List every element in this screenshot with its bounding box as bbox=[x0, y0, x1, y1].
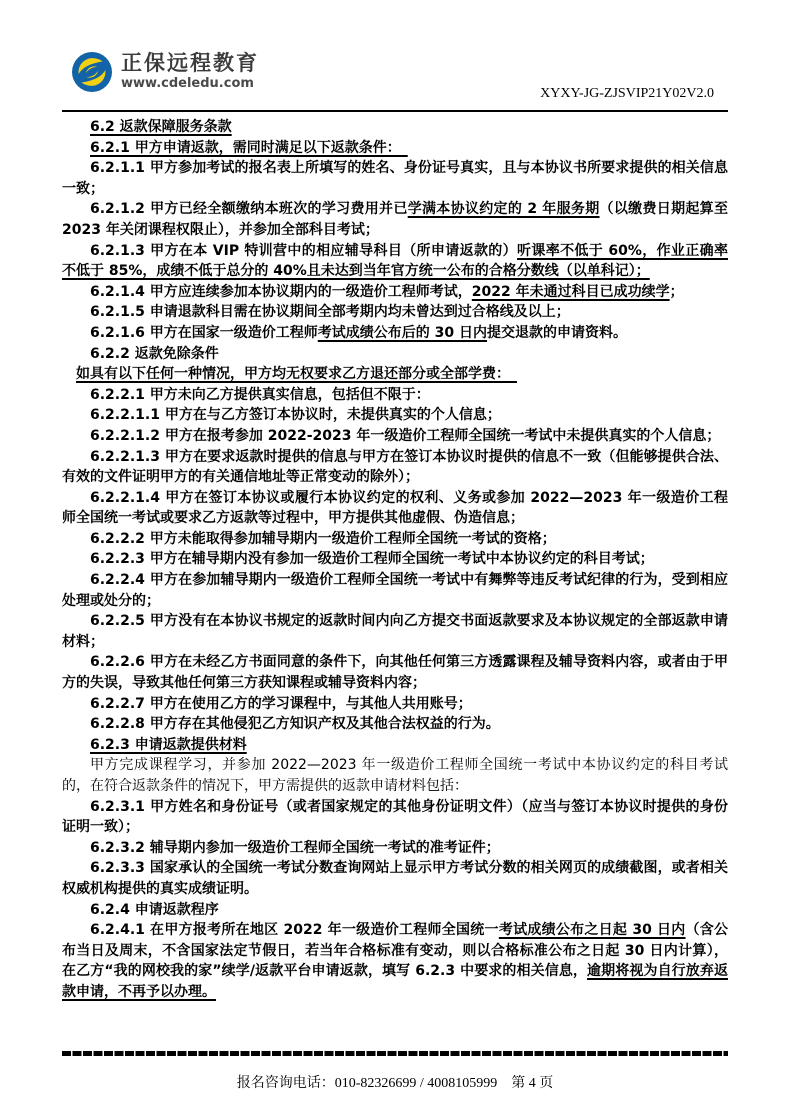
header-logo: 正保远程教育 www.cdeledu.com bbox=[72, 52, 259, 92]
document-body: 6.2 返款保障服务条款6.2.1 甲方申请返款，需同时满足以下返款条件： 6.… bbox=[62, 117, 728, 1003]
underlined-clause-text: 6.2 返款保障服务条款 bbox=[90, 119, 232, 135]
paragraph: 6.2.3.3 国家承认的全国统一考试分数查询网站上显示甲方考试分数的相关网页的… bbox=[62, 858, 728, 899]
underlined-clause-text: 6.2.1 甲方申请返款，需同时满足以下返款条件： bbox=[90, 140, 408, 156]
underlined-clause-text: 考试成绩公布之日起 30 日内 bbox=[499, 922, 686, 938]
underlined-clause-text: 学满本协议约定的 2 年服务期 bbox=[408, 201, 600, 217]
paragraph: 6.2.1.4 甲方应连续参加本协议期内的一级造价工程师考试，2022 年未通过… bbox=[62, 282, 728, 303]
footer-divider bbox=[62, 1051, 728, 1056]
paragraph: 6.2.2 返款免除条件 bbox=[62, 344, 728, 365]
paragraph: 6.2.2.5 甲方没有在本协议书规定的返款时间内向乙方提交书面返款要求及本协议… bbox=[62, 611, 728, 652]
paragraph: 6.2.1.5 申请退款科目需在协议期间全部考期内均未曾达到过合格线及以上； bbox=[62, 302, 728, 323]
clause-text: 6.2.2.5 甲方没有在本协议书规定的返款时间内向乙方提交书面返款要求及本协议… bbox=[62, 613, 728, 650]
clause-text: 6.2.1.3 甲方在本 VIP 特训营中的相应辅导科目（所申请返款的） bbox=[90, 243, 517, 259]
clause-text: 6.2.4 申请返款程序 bbox=[90, 902, 219, 918]
clause-text: 6.2.2.6 甲方在未经乙方书面同意的条件下，向其他任何第三方透露课程及辅导资… bbox=[62, 654, 728, 691]
clause-text: 6.2.2.1.1 甲方在与乙方签订本协议时，未提供真实的个人信息； bbox=[90, 407, 501, 423]
clause-text: 6.2.1.5 申请退款科目需在协议期间全部考期内均未曾达到过合格线及以上； bbox=[90, 304, 570, 320]
clause-text: 提交退款的申请资料。 bbox=[487, 325, 627, 341]
clause-text: 6.2.2.7 甲方在使用乙方的学习课程中，与其他人共用账号； bbox=[90, 696, 472, 712]
paragraph: 6.2.1.6 甲方在国家一级造价工程师考试成绩公布后的 30 日内提交退款的申… bbox=[62, 323, 728, 344]
clause-text: 6.2.2.3 甲方在辅导期内没有参加一级造价工程师全国统一考试中本协议约定的科… bbox=[90, 551, 654, 567]
clause-text: 6.2.3.3 国家承认的全国统一考试分数查询网站上显示甲方考试分数的相关网页的… bbox=[62, 860, 728, 897]
paragraph: 6.2.2.1.4 甲方在签订本协议或履行本协议约定的权利、义务或参加 2022… bbox=[62, 488, 728, 529]
footer-contact-text: 报名咨询电话：010-82326699 / 4008105999 第 4 页 bbox=[0, 1072, 790, 1092]
paragraph: 6.2.4 申请返款程序 bbox=[62, 900, 728, 921]
clause-text: 6.2.2.1.2 甲方在报考参加 2022-2023 年一级造价工程师全国统一… bbox=[90, 428, 720, 444]
clause-text: 6.2.2.4 甲方在参加辅导期内一级造价工程师全国统一考试中有舞弊等违反考试纪… bbox=[62, 572, 728, 609]
paragraph: 6.2.1 甲方申请返款，需同时满足以下返款条件： bbox=[62, 138, 728, 159]
paragraph: 6.2.2.8 甲方存在其他侵犯乙方知识产权及其他合法权益的行为。 bbox=[62, 714, 728, 735]
paragraph: 6.2.1.2 甲方已经全额缴纳本班次的学习费用并已学满本协议约定的 2 年服务… bbox=[62, 199, 728, 240]
document-code: XYXY-JG-ZJSVIP21Y02V2.0 bbox=[540, 86, 714, 102]
clause-text: 6.2.2.1.4 甲方在签订本协议或履行本协议约定的权利、义务或参加 2022… bbox=[62, 490, 728, 527]
paragraph: 6.2.4.1 在甲方报考所在地区 2022 年一级造价工程师全国统一考试成绩公… bbox=[62, 920, 728, 1002]
clause-text: 6.2.2.1 甲方未向乙方提供真实信息，包括但不限于： bbox=[90, 387, 430, 403]
underlined-clause-text: 考试成绩公布后的 30 日内 bbox=[318, 325, 487, 341]
paragraph: 6.2.2.1 甲方未向乙方提供真实信息，包括但不限于： bbox=[62, 385, 728, 406]
underlined-clause-text: 2022 年未通过科目已成功续学 bbox=[472, 284, 670, 300]
paragraph: 6.2.2.1.1 甲方在与乙方签订本协议时，未提供真实的个人信息； bbox=[62, 405, 728, 426]
underlined-clause-text: 6.2.3 申请返款提供材料 bbox=[90, 737, 247, 753]
paragraph: 6.2.1.3 甲方在本 VIP 特训营中的相应辅导科目（所申请返款的）听课率不… bbox=[62, 241, 728, 282]
clause-text: 6.2.1.6 甲方在国家一级造价工程师 bbox=[90, 325, 318, 341]
clause-text: 6.2.1.2 甲方已经全额缴纳本班次的学习费用并已 bbox=[90, 201, 408, 217]
header-divider bbox=[62, 110, 728, 112]
paragraph: 6.2.2.7 甲方在使用乙方的学习课程中，与其他人共用账号； bbox=[62, 694, 728, 715]
brand-url: www.cdeledu.com bbox=[121, 77, 259, 91]
paragraph: 6.2.2.1.3 甲方在要求返款时提供的信息与甲方在签订本协议时提供的信息不一… bbox=[62, 447, 728, 488]
paragraph: 甲方完成课程学习，并参加 2022—2023 年一级造价工程师全国统一考试中本协… bbox=[62, 755, 728, 796]
clause-text: 6.2.2 返款免除条件 bbox=[90, 346, 219, 362]
brand-name: 正保远程教育 bbox=[121, 52, 259, 75]
paragraph: 6.2.2.1.2 甲方在报考参加 2022-2023 年一级造价工程师全国统一… bbox=[62, 426, 728, 447]
paragraph: 6.2.2.4 甲方在参加辅导期内一级造价工程师全国统一考试中有舞弊等违反考试纪… bbox=[62, 570, 728, 611]
clause-text: 6.2.2.1.3 甲方在要求返款时提供的信息与甲方在签订本协议时提供的信息不一… bbox=[62, 449, 728, 486]
paragraph: 如具有以下任何一种情况，甲方均无权要求乙方退还部分或全部学费： bbox=[62, 364, 728, 385]
swirl-globe-icon bbox=[72, 52, 112, 92]
clause-text: 6.2.3.1 甲方姓名和身份证号（或者国家规定的其他身份证明文件）（应当与签订… bbox=[62, 799, 728, 836]
brand-block: 正保远程教育 www.cdeledu.com bbox=[121, 52, 259, 91]
clause-text: 6.2.1.1 甲方参加考试的报名表上所填写的姓名、身份证号真实，且与本协议书所… bbox=[62, 160, 728, 197]
paragraph: 6.2.3.2 辅导期内参加一级造价工程师全国统一考试的准考证件； bbox=[62, 838, 728, 859]
paragraph: 6.2 返款保障服务条款 bbox=[62, 117, 728, 138]
clause-text: 6.2.3.2 辅导期内参加一级造价工程师全国统一考试的准考证件； bbox=[90, 840, 500, 856]
paragraph: 6.2.3.1 甲方姓名和身份证号（或者国家规定的其他身份证明文件）（应当与签订… bbox=[62, 797, 728, 838]
paragraph: 6.2.3 申请返款提供材料 bbox=[62, 735, 728, 756]
clause-text: 6.2.2.2 甲方未能取得参加辅导期内一级造价工程师全国统一考试的资格； bbox=[90, 531, 556, 547]
clause-text: 甲方完成课程学习，并参加 2022—2023 年一级造价工程师全国统一考试中本协… bbox=[62, 757, 728, 794]
clause-text: 6.2.1.4 甲方应连续参加本协议期内的一级造价工程师考试， bbox=[90, 284, 472, 300]
paragraph: 6.2.2.2 甲方未能取得参加辅导期内一级造价工程师全国统一考试的资格； bbox=[62, 529, 728, 550]
paragraph: 6.2.2.6 甲方在未经乙方书面同意的条件下，向其他任何第三方透露课程及辅导资… bbox=[62, 652, 728, 693]
clause-text: ； bbox=[670, 284, 684, 300]
paragraph: 6.2.2.3 甲方在辅导期内没有参加一级造价工程师全国统一考试中本协议约定的科… bbox=[62, 549, 728, 570]
paragraph: 6.2.1.1 甲方参加考试的报名表上所填写的姓名、身份证号真实，且与本协议书所… bbox=[62, 158, 728, 199]
clause-text: 6.2.4.1 在甲方报考所在地区 2022 年一级造价工程师全国统一 bbox=[90, 922, 499, 938]
underlined-clause-text: 如具有以下任何一种情况，甲方均无权要求乙方退还部分或全部学费： bbox=[76, 366, 517, 382]
clause-text: 6.2.2.8 甲方存在其他侵犯乙方知识产权及其他合法权益的行为。 bbox=[90, 716, 500, 732]
document-page: 正保远程教育 www.cdeledu.com XYXY-JG-ZJSVIP21Y… bbox=[0, 0, 790, 1120]
